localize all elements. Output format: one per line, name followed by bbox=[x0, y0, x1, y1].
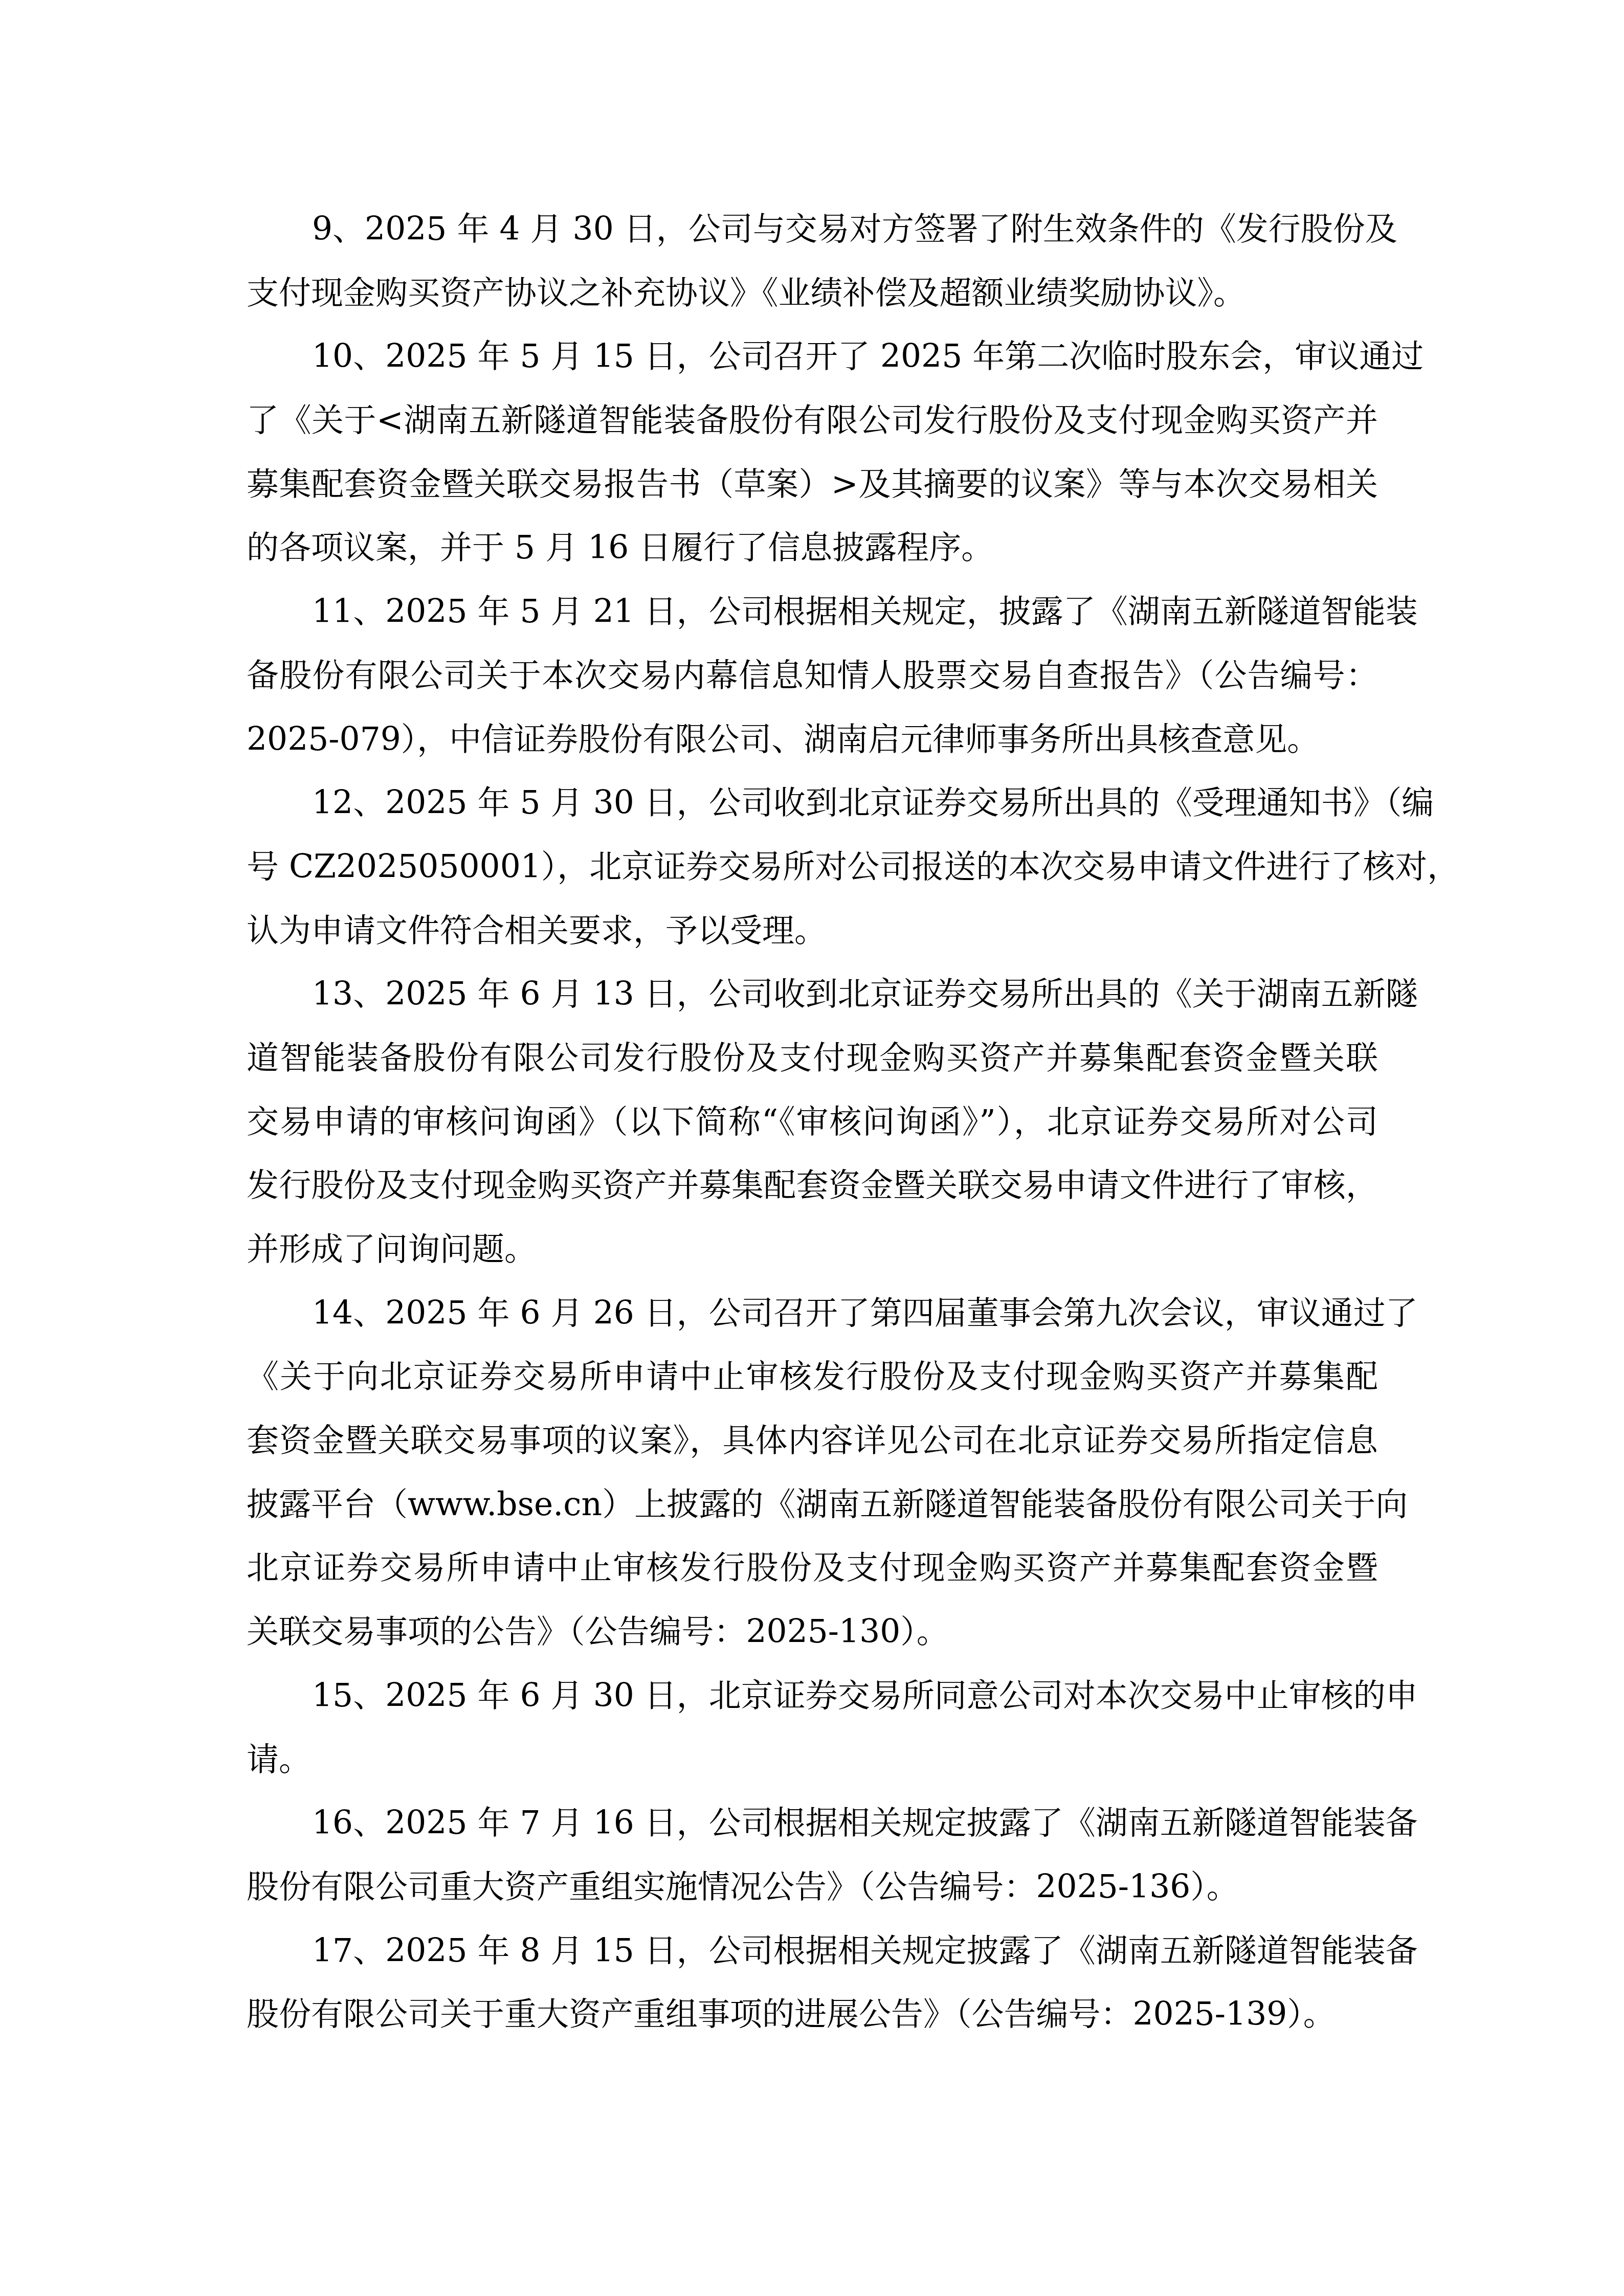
text-line: 13、2025 年 6 月 13 日，公司收到北京证券交易所出具的《关于湖南五新… bbox=[247, 962, 1378, 1026]
text-line: 披露平台（www.bse.cn）上披露的《湖南五新隧道智能装备股份有限公司关于向 bbox=[247, 1473, 1378, 1537]
text-line: 《关于向北京证券交易所申请中止审核发行股份及支付现金购买资产并募集配 bbox=[247, 1345, 1378, 1409]
text-line: 北京证券交易所申请中止审核发行股份及支付现金购买资产并募集配套资金暨 bbox=[247, 1536, 1378, 1600]
text-line: 2025-079），中信证券股份有限公司、湖南启元律师事务所出具核查意见。 bbox=[247, 708, 1378, 772]
text-line: 12、2025 年 5 月 30 日，公司收到北京证券交易所出具的《受理通知书》… bbox=[247, 771, 1378, 835]
text-line: 16、2025 年 7 月 16 日，公司根据相关规定披露了《湖南五新隧道智能装… bbox=[247, 1791, 1378, 1855]
text-line: 15、2025 年 6 月 30 日，北京证券交易所同意公司对本次交易中止审核的… bbox=[247, 1664, 1378, 1728]
text-line: 并形成了问询问题。 bbox=[247, 1218, 1378, 1281]
paragraph-item-12: 12、2025 年 5 月 30 日，公司收到北京证券交易所出具的《受理通知书》… bbox=[247, 771, 1378, 962]
text-line: 认为申请文件符合相关要求，予以受理。 bbox=[247, 899, 1378, 963]
text-line: 10、2025 年 5 月 15 日，公司召开了 2025 年第二次临时股东会，… bbox=[247, 325, 1378, 389]
text-line: 11、2025 年 5 月 21 日，公司根据相关规定，披露了《湖南五新隧道智能… bbox=[247, 580, 1378, 644]
text-line: 道智能装备股份有限公司发行股份及支付现金购买资产并募集配套资金暨关联 bbox=[247, 1026, 1378, 1090]
text-line: 的各项议案，并于 5 月 16 日履行了信息披露程序。 bbox=[247, 516, 1378, 580]
paragraph-item-11: 11、2025 年 5 月 21 日，公司根据相关规定，披露了《湖南五新隧道智能… bbox=[247, 580, 1378, 771]
paragraph-item-14: 14、2025 年 6 月 26 日，公司召开了第四届董事会第九次会议，审议通过… bbox=[247, 1281, 1378, 1664]
text-line: 号 CZ2025050001），北京证券交易所对公司报送的本次交易申请文件进行了… bbox=[247, 835, 1378, 899]
text-line: 交易申请的审核问询函》（以下简称“《审核问询函》”），北京证券交易所对公司 bbox=[247, 1090, 1378, 1154]
text-line: 9、2025 年 4 月 30 日，公司与交易对方签署了附生效条件的《发行股份及 bbox=[247, 197, 1378, 261]
paragraph-item-13: 13、2025 年 6 月 13 日，公司收到北京证券交易所出具的《关于湖南五新… bbox=[247, 962, 1378, 1281]
text-line: 请。 bbox=[247, 1728, 1378, 1792]
paragraph-item-15: 15、2025 年 6 月 30 日，北京证券交易所同意公司对本次交易中止审核的… bbox=[247, 1664, 1378, 1791]
paragraph-item-9: 9、2025 年 4 月 30 日，公司与交易对方签署了附生效条件的《发行股份及… bbox=[247, 197, 1378, 325]
paragraph-item-10: 10、2025 年 5 月 15 日，公司召开了 2025 年第二次临时股东会，… bbox=[247, 325, 1378, 580]
text-line: 募集配套资金暨关联交易报告书（草案）>及其摘要的议案》等与本次交易相关 bbox=[247, 453, 1378, 516]
text-line: 关联交易事项的公告》（公告编号：2025-130）。 bbox=[247, 1600, 1378, 1664]
text-line: 14、2025 年 6 月 26 日，公司召开了第四届董事会第九次会议，审议通过… bbox=[247, 1281, 1378, 1345]
text-line: 套资金暨关联交易事项的议案》，具体内容详见公司在北京证券交易所指定信息 bbox=[247, 1409, 1378, 1473]
paragraph-item-16: 16、2025 年 7 月 16 日，公司根据相关规定披露了《湖南五新隧道智能装… bbox=[247, 1791, 1378, 1919]
text-line: 备股份有限公司关于本次交易内幕信息知情人股票交易自查报告》（公告编号： bbox=[247, 644, 1378, 708]
text-line: 股份有限公司重大资产重组实施情况公告》（公告编号：2025-136）。 bbox=[247, 1855, 1378, 1919]
text-line: 发行股份及支付现金购买资产并募集配套资金暨关联交易申请文件进行了审核， bbox=[247, 1154, 1378, 1218]
text-line: 支付现金购买资产协议之补充协议》《业绩补偿及超额业绩奖励协议》。 bbox=[247, 261, 1378, 325]
text-line: 17、2025 年 8 月 15 日，公司根据相关规定披露了《湖南五新隧道智能装… bbox=[247, 1919, 1378, 1983]
text-line: 了《关于<湖南五新隧道智能装备股份有限公司发行股份及支付现金购买资产并 bbox=[247, 389, 1378, 453]
paragraph-item-17: 17、2025 年 8 月 15 日，公司根据相关规定披露了《湖南五新隧道智能装… bbox=[247, 1919, 1378, 2046]
text-line: 股份有限公司关于重大资产重组事项的进展公告》（公告编号：2025-139）。 bbox=[247, 1983, 1378, 2046]
document-page: 9、2025 年 4 月 30 日，公司与交易对方签署了附生效条件的《发行股份及… bbox=[247, 197, 1378, 2046]
